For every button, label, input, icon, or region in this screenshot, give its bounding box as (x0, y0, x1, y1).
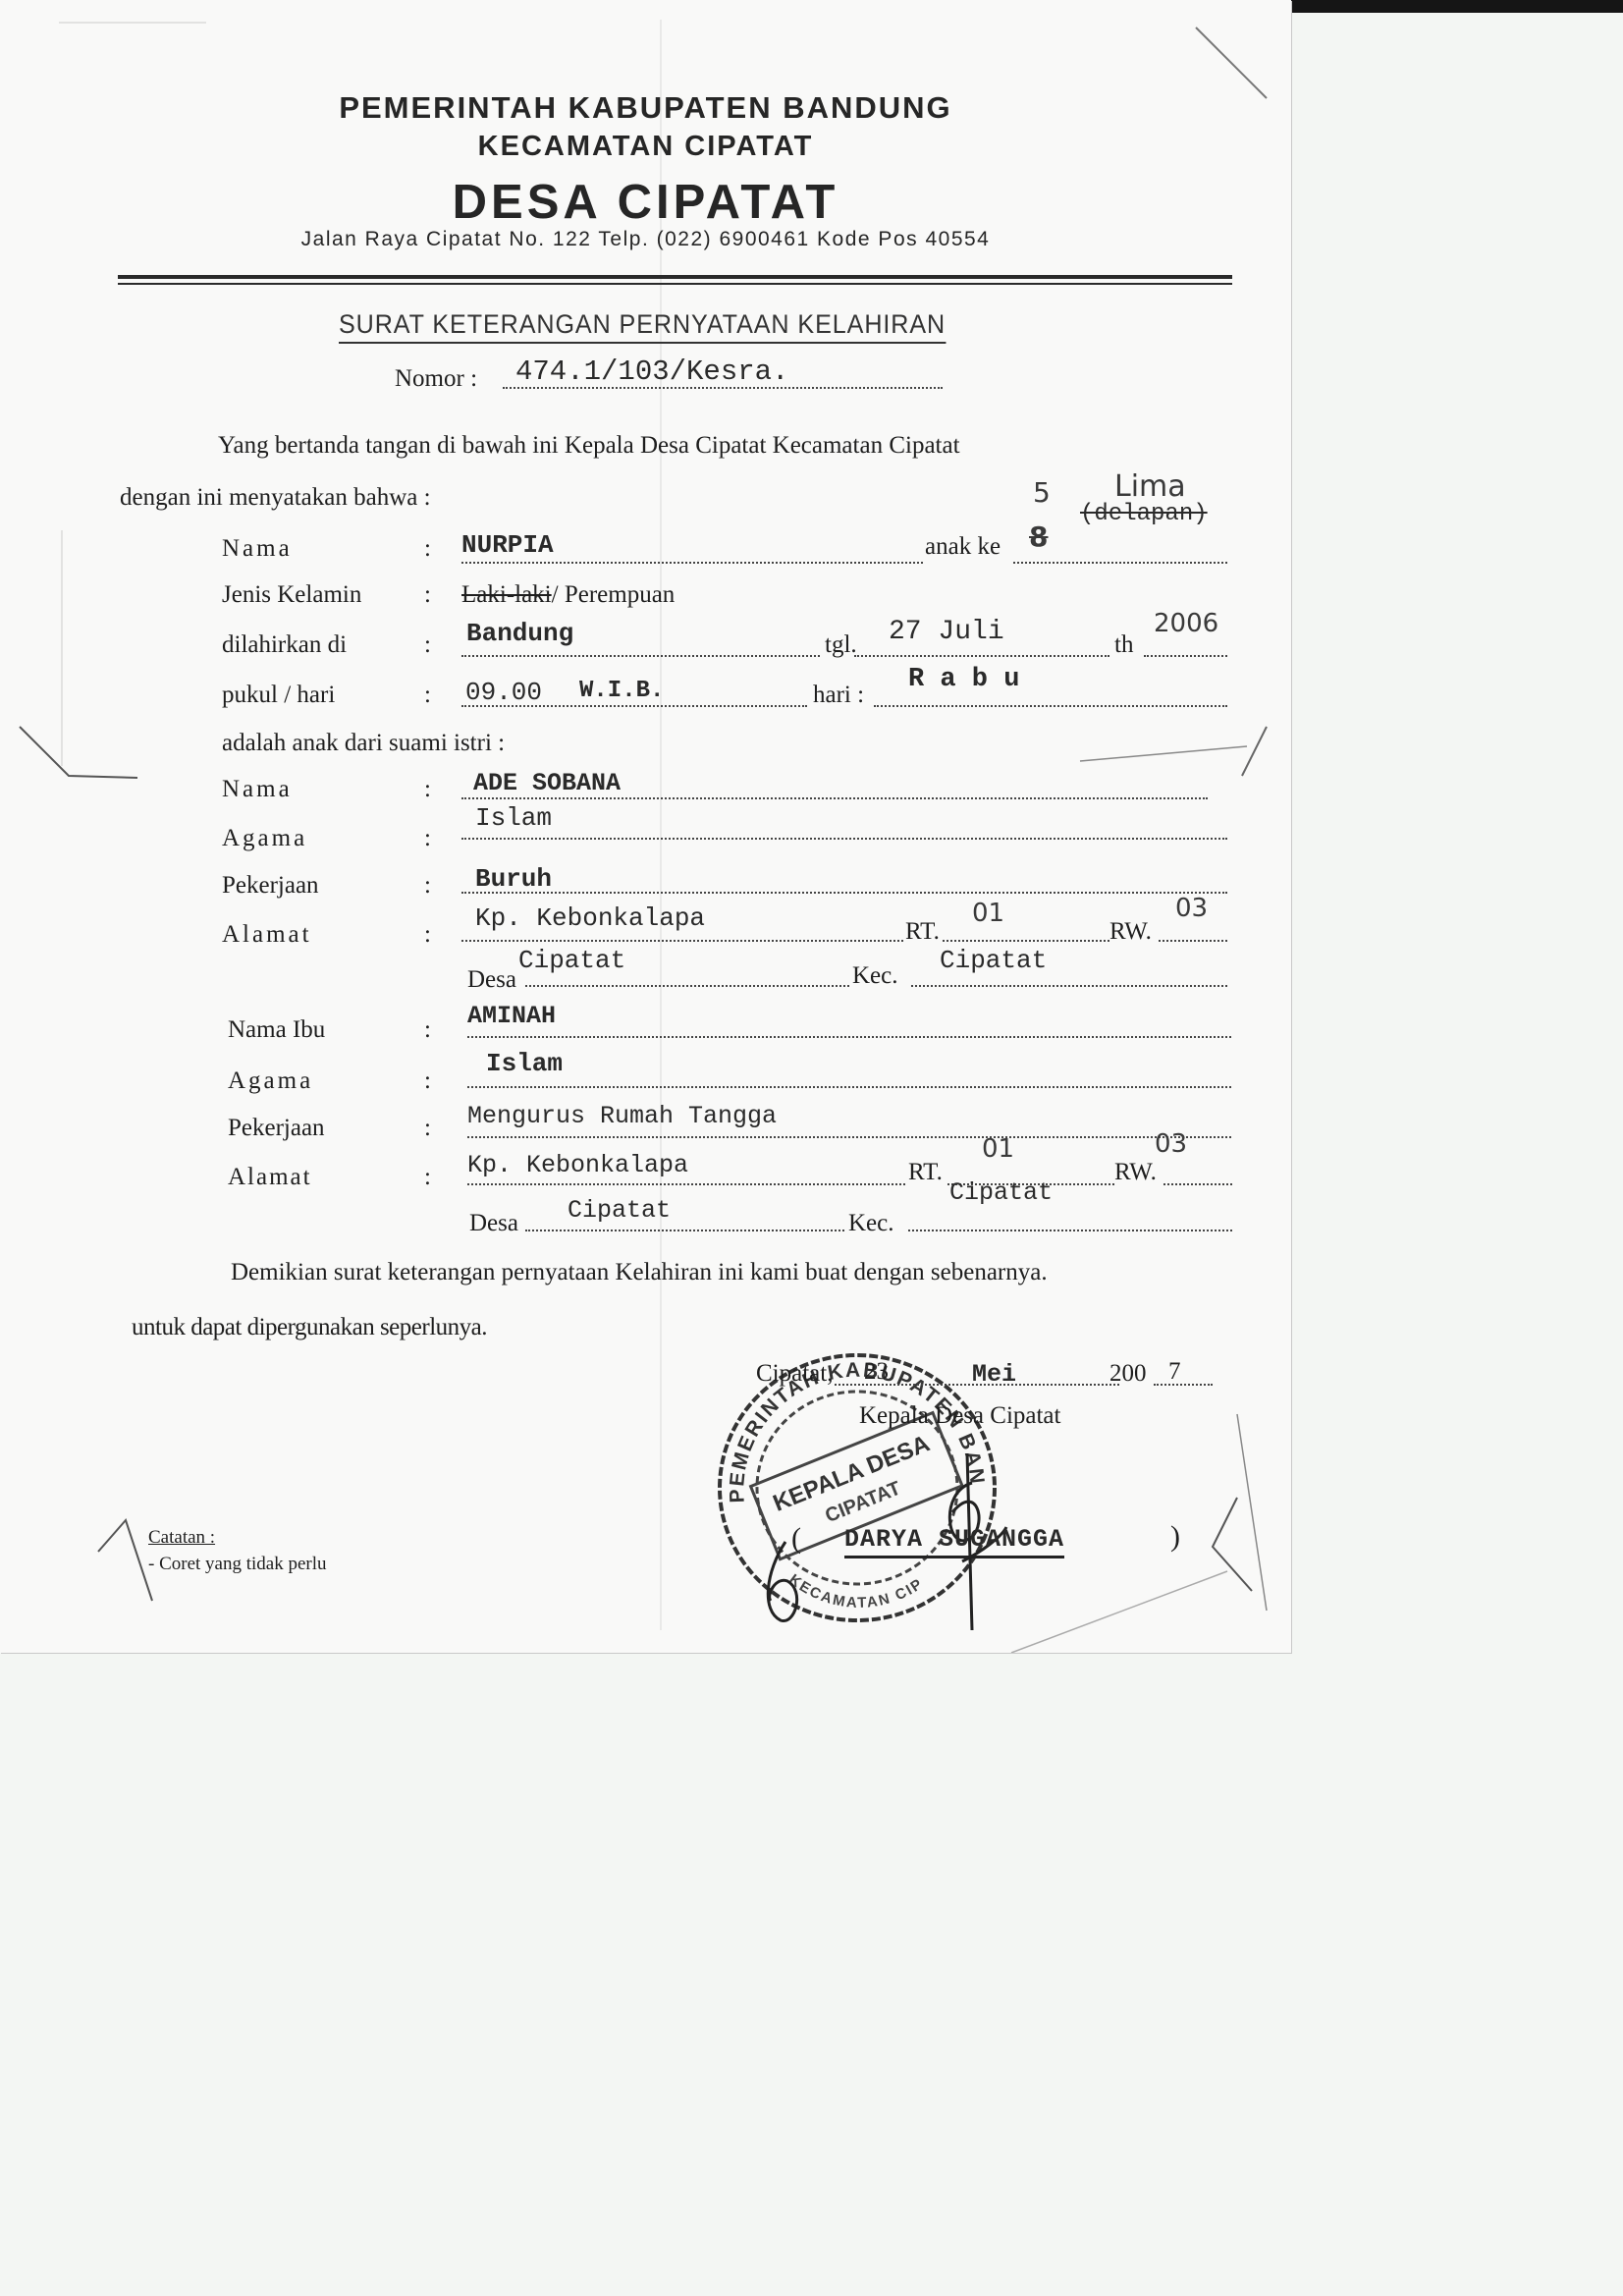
dotted-line (874, 705, 1227, 707)
birth-year-value: 2006 (1154, 609, 1218, 638)
birth-date-value: 27 Juli (889, 617, 1004, 647)
signature-place: Cipatat, (756, 1360, 833, 1388)
dotted-line (461, 562, 923, 564)
birthplace-value: Bandung (466, 619, 573, 648)
colon: : (424, 1164, 431, 1191)
colon: : (424, 1067, 431, 1095)
dotted-line (908, 1230, 1232, 1231)
father-nama-value: ADE SOBANA (473, 769, 621, 797)
letterhead-rule-thin (118, 283, 1232, 285)
mother-nama-label: Nama Ibu (228, 1016, 325, 1044)
anak-ke-label: anak ke (925, 533, 1001, 561)
mother-rw-value: 03 (1155, 1129, 1187, 1159)
signature-month: Mei (972, 1360, 1016, 1389)
jenis-kelamin-struck: Laki-laki (461, 581, 552, 608)
jenis-kelamin-label: Jenis Kelamin (222, 581, 361, 609)
colon: : (424, 1115, 431, 1142)
intro-line-2: dengan ini menyatakan bahwa : (120, 484, 431, 512)
father-rt-label: RT. (905, 918, 940, 946)
note-heading: Catatan : (148, 1527, 215, 1549)
jenis-kelamin-selected: / Perempuan (552, 581, 676, 608)
pukul-label: pukul / hari (222, 682, 335, 709)
anak-ke-struck-number: 8 (1029, 520, 1048, 553)
mother-nama-value: AMINAH (467, 1002, 556, 1030)
colon: : (424, 921, 431, 949)
dotted-line (461, 838, 1227, 840)
dotted-line (525, 1230, 844, 1231)
father-rw-value: 03 (1175, 894, 1208, 923)
scanner-edge-bar (1291, 0, 1623, 13)
dotted-line (461, 655, 820, 657)
colon: : (424, 631, 431, 659)
nomor-label: Nomor : (395, 365, 477, 393)
mother-agama-label: Agama (228, 1067, 313, 1095)
dotted-line (1163, 1183, 1232, 1185)
anak-ke-handwritten-words: Lima (1114, 469, 1186, 504)
letterhead-district: KECAMATAN CIPATAT (0, 131, 1291, 163)
mother-alamat-label: Alamat (228, 1164, 312, 1191)
anak-ke-struck-words: (delapan) (1080, 501, 1208, 527)
mother-rt-label: RT. (908, 1159, 943, 1186)
dotted-line (1159, 940, 1227, 942)
father-agama-value: Islam (475, 803, 552, 833)
colon: : (424, 872, 431, 900)
father-pekerjaan-label: Pekerjaan (222, 872, 319, 900)
birth-day-value: R a b u (908, 665, 1019, 694)
mother-kec-value: Cipatat (949, 1178, 1053, 1207)
dotted-line (467, 1136, 1231, 1138)
document-paper: PEMERINTAH KABUPATEN BANDUNG KECAMATAN C… (0, 0, 1291, 1653)
closing-line-2: untuk dapat dipergunakan seperlunya. (132, 1314, 487, 1341)
mother-rt-value: 01 (982, 1134, 1014, 1164)
dotted-line (1144, 655, 1227, 657)
mother-agama-value: Islam (486, 1049, 563, 1078)
mother-kec-label: Kec. (848, 1210, 894, 1237)
letterhead-rule-thick (118, 275, 1232, 279)
colon: : (424, 581, 431, 609)
mother-pekerjaan-value: Mengurus Rumah Tangga (467, 1102, 777, 1130)
father-alamat-value: Kp. Kebonkalapa (475, 903, 705, 933)
signature-day: 23 (864, 1358, 889, 1386)
signature-open-paren: ( (791, 1522, 801, 1556)
signature-role: Kepala Desa Cipatat (859, 1402, 1060, 1430)
nomor-value: 474.1/103/Kesra. (515, 355, 788, 388)
mother-desa-label: Desa (469, 1210, 518, 1237)
colon: : (424, 535, 431, 563)
signature-year-prefix: 200 (1109, 1360, 1147, 1388)
intro-line-1: Yang bertanda tangan di bawah ini Kepala… (218, 432, 960, 460)
tgl-label: tgl. (825, 631, 857, 659)
document-title: SURAT KETERANGAN PERNYATAAN KELAHIRAN (339, 309, 946, 344)
father-pekerjaan-value: Buruh (475, 864, 552, 894)
anak-ke-handwritten-number: 5 (1033, 476, 1051, 509)
dotted-line (854, 655, 1109, 657)
father-agama-label: Agama (222, 825, 307, 852)
child-nama-value: NURPIA (461, 530, 554, 560)
letterhead-village: DESA CIPATAT (0, 175, 1291, 230)
father-rt-value: 01 (972, 899, 1004, 928)
colon: : (424, 825, 431, 852)
dotted-line (467, 1036, 1231, 1038)
birth-time-suffix: W.I.B. (579, 678, 664, 704)
th-label: th (1114, 631, 1133, 659)
dotted-line (461, 892, 1227, 894)
signature-close-paren: ) (1170, 1520, 1180, 1554)
colon: : (424, 1016, 431, 1044)
dotted-line (525, 985, 849, 987)
dotted-line (467, 1086, 1231, 1088)
hari-label: hari : (813, 682, 864, 709)
child-nama-label: Nama (222, 535, 293, 563)
dotted-line (911, 985, 1227, 987)
colon: : (424, 682, 431, 709)
parents-intro: adalah anak dari suami istri : (222, 730, 505, 757)
letterhead-address: Jalan Raya Cipatat No. 122 Telp. (022) 6… (0, 228, 1291, 251)
signatory-name: DARYA SUGANGGA (844, 1525, 1064, 1558)
mother-rw-label: RW. (1114, 1159, 1157, 1186)
father-nama-label: Nama (222, 776, 293, 803)
dotted-line (461, 940, 903, 942)
dotted-line (1154, 1384, 1213, 1386)
mother-alamat-value: Kp. Kebonkalapa (467, 1151, 688, 1179)
father-alamat-label: Alamat (222, 921, 312, 949)
signature-year-suffix: 7 (1168, 1358, 1181, 1386)
father-desa-label: Desa (467, 966, 516, 994)
jenis-kelamin-value: Laki-laki/ Perempuan (461, 581, 675, 609)
dotted-line (467, 1183, 905, 1185)
closing-line-1: Demikian surat keterangan pernyataan Kel… (231, 1259, 1048, 1286)
dotted-line (1013, 562, 1227, 564)
father-desa-value: Cipatat (518, 946, 625, 975)
dilahirkan-label: dilahirkan di (222, 631, 347, 659)
father-kec-value: Cipatat (940, 946, 1047, 975)
father-rw-label: RW. (1109, 918, 1152, 946)
dotted-line (943, 940, 1109, 942)
letterhead-government: PEMERINTAH KABUPATEN BANDUNG (0, 90, 1291, 126)
colon: : (424, 776, 431, 803)
father-kec-label: Kec. (852, 962, 898, 990)
mother-desa-value: Cipatat (568, 1196, 671, 1225)
birth-time-value: 09.00 (465, 678, 542, 707)
mother-pekerjaan-label: Pekerjaan (228, 1115, 325, 1142)
note-item: - Coret yang tidak perlu (148, 1554, 327, 1575)
dotted-line (461, 797, 1208, 799)
